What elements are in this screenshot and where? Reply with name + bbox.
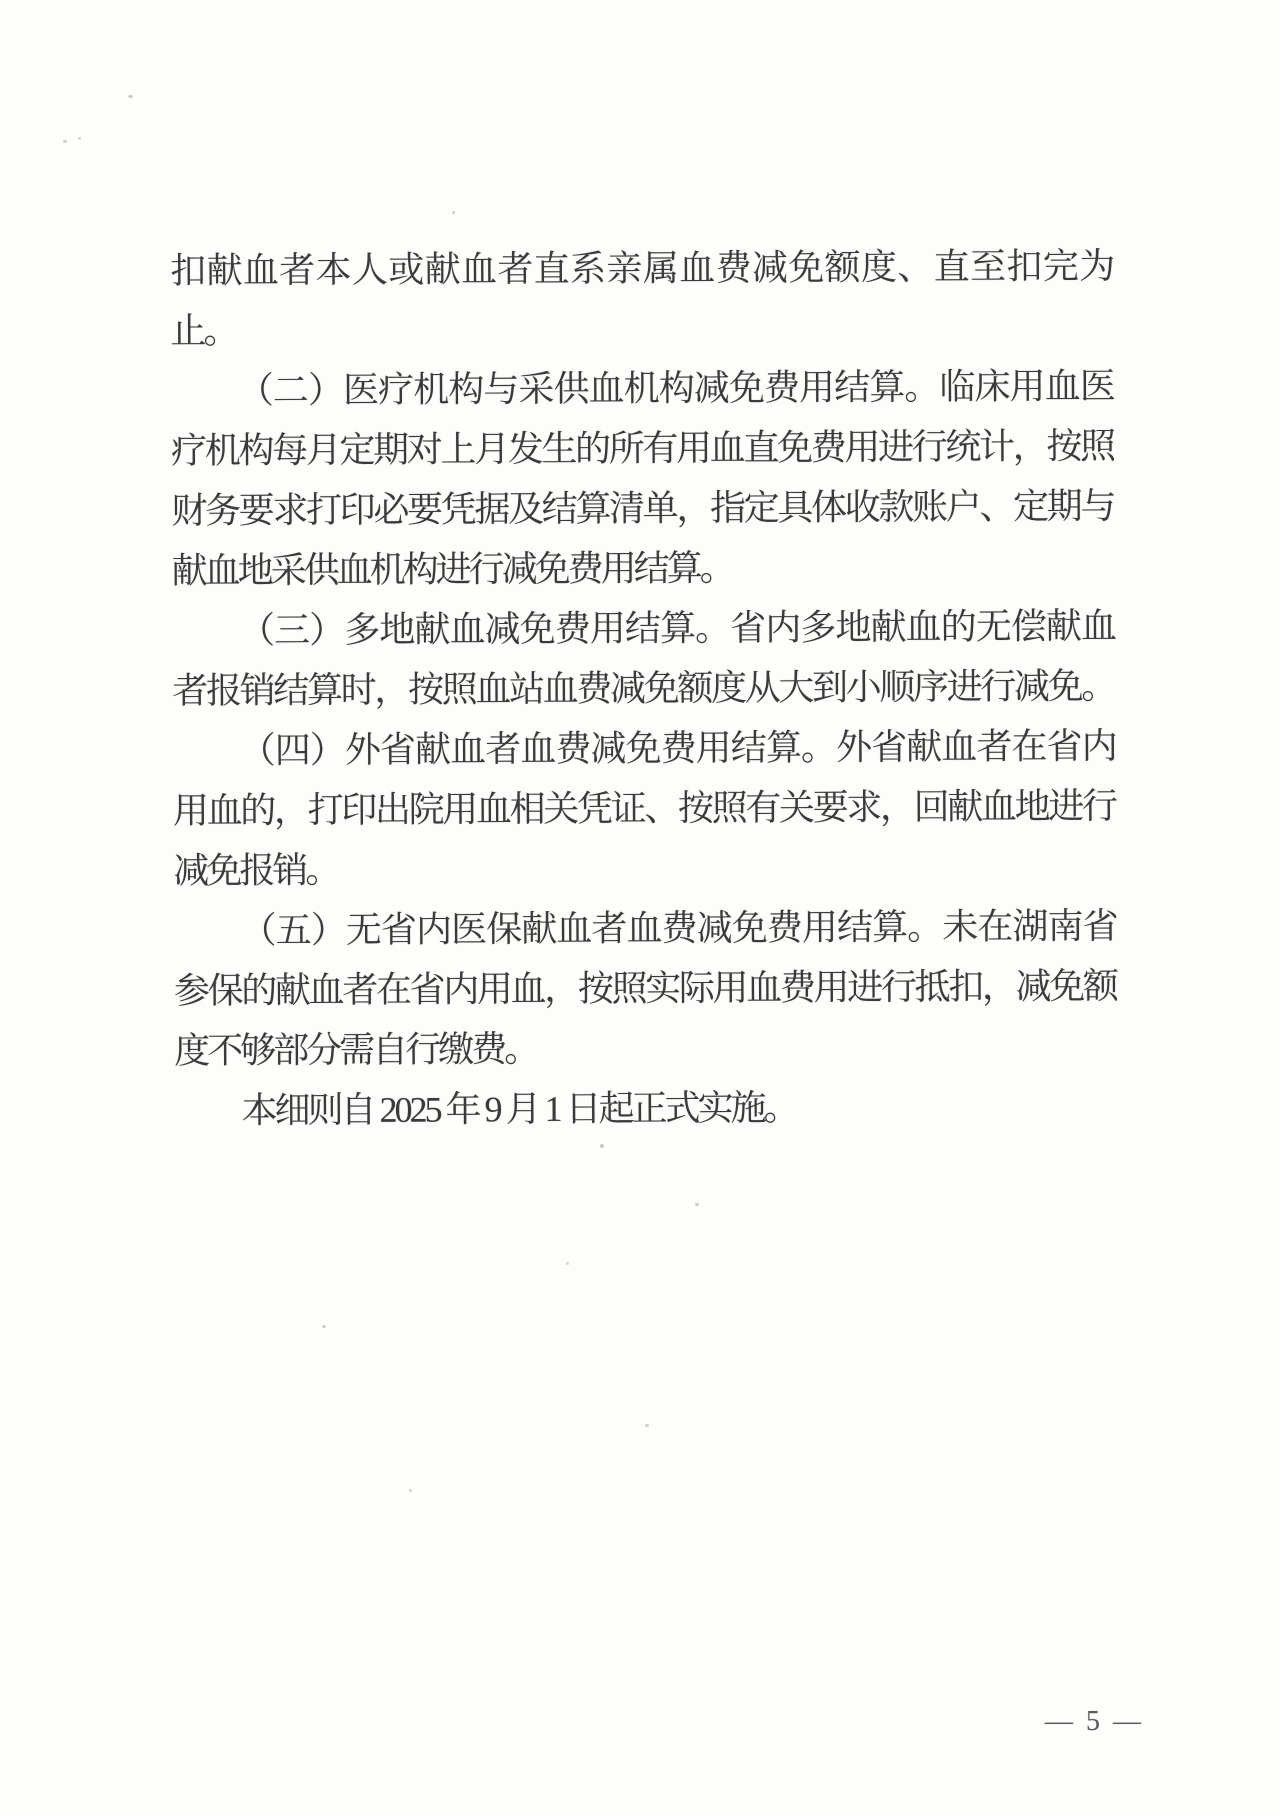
text-line: 者报销结算时，按照血站血费减免额度从大到小顺序进行减免。 [172,656,1114,721]
scan-speckle [645,1424,649,1427]
scan-speckle [409,1489,412,1492]
text-line: （五）无省内医保献血者血费减免费用结算。未在湖南省 [173,896,1115,961]
scan-speckle [566,1262,569,1265]
text-line: （二）医疗机构与采供血机构减免费用结算。临床用血医 [171,356,1113,421]
text-line: 扣献血者本人或献血者直系亲属血费减免额度、直至扣完为 [170,236,1112,301]
text-line: 献血地采供血机构进行减免费用结算。 [172,536,1114,601]
text-line: 财务要求打印必要凭据及结算清单，指定具体收款账户、定期与 [171,476,1113,541]
document-page: 扣献血者本人或献血者直系亲属血费减免额度、直至扣完为止。（二）医疗机构与采供血机… [0,0,1280,1816]
document-body: 扣献血者本人或献血者直系亲属血费减免额度、直至扣完为止。（二）医疗机构与采供血机… [170,236,1117,1141]
scan-speckle [128,95,133,98]
scan-speckle [63,140,67,143]
text-line: 本细则自 2025 年 9 月 1 日起正式实施。 [174,1076,1116,1141]
text-line: 减免报销。 [173,836,1115,901]
scan-speckle [322,1325,326,1328]
text-line: （三）多地献血减免费用结算。省内多地献血的无偿献血 [172,596,1114,661]
text-line: 止。 [170,296,1112,361]
text-line: 用血的，打印出院用血相关凭证、按照有关要求，回献血地进行 [173,776,1115,841]
page-number: — 5 — [1045,1706,1144,1738]
scan-speckle [78,137,81,140]
text-line: （四）外省献血者血费减免费用结算。外省献血者在省内 [173,716,1115,781]
text-line: 疗机构每月定期对上月发生的所有用血直免费用进行统计，按照 [171,416,1113,481]
scan-speckle [452,211,455,214]
text-line: 参保的献血者在省内用血，按照实际用血费用进行抵扣，减免额 [174,956,1116,1021]
text-line: 度不够部分需自行缴费。 [174,1016,1116,1081]
scan-speckle [600,1144,604,1148]
scan-speckle [695,1203,699,1206]
